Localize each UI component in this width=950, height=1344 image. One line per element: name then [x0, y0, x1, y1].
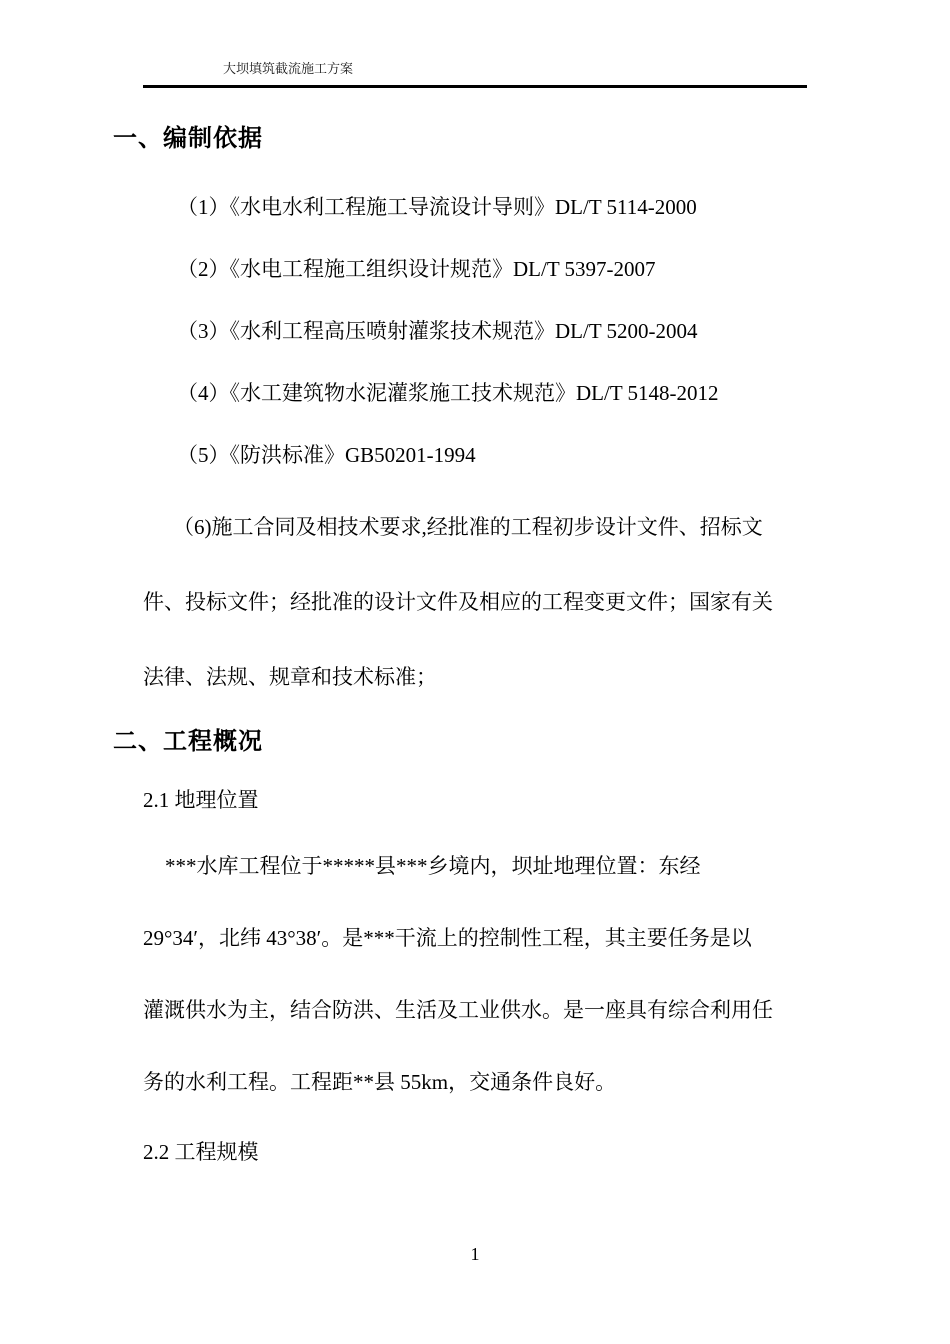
section-heading-1: 一、编制依据 [113, 124, 807, 154]
subsection-heading-2-1: 2.1 地理位置 [143, 787, 807, 813]
reference-item-3: （3）《水利工程高压喷射灌浆技术规范》DL/T 5200-2004 [143, 318, 807, 344]
clause6-line-2: 件、投标文件；经批准的设计文件及相应的工程变更文件；国家有关 [143, 589, 807, 615]
location-paragraph-line-2: 29°34′，北纬 43°38′。是***干流上的控制性工程，其主要任务是以 [143, 925, 807, 951]
page-footer: 1 [0, 1243, 950, 1265]
clause6-line-1: （6)施工合同及相技术要求,经批准的工程初步设计文件、招标文 [143, 514, 807, 540]
reference-item-5: （5）《防洪标准》GB50201-1994 [143, 442, 807, 468]
reference-item-2: （2）《水电工程施工组织设计规范》DL/T 5397-2007 [143, 256, 807, 282]
location-paragraph-line-4: 务的水利工程。工程距**县 55km，交通条件良好。 [143, 1069, 807, 1095]
subsection-heading-2-2: 2.2 工程规模 [143, 1139, 807, 1165]
page-number: 1 [471, 1244, 480, 1264]
reference-item-1: （1）《水电水利工程施工导流设计导则》DL/T 5114-2000 [143, 194, 807, 220]
document-page: 大坝填筑截流施工方案 一、编制依据 （1）《水电水利工程施工导流设计导则》DL/… [0, 0, 950, 1344]
page-header: 大坝填筑截流施工方案 [143, 60, 807, 88]
document-body: 一、编制依据 （1）《水电水利工程施工导流设计导则》DL/T 5114-2000… [143, 88, 807, 1165]
section-heading-2: 二、工程概况 [113, 727, 807, 757]
clause6-line-3: 法律、法规、规章和技术标准； [143, 664, 807, 690]
reference-item-4: （4）《水工建筑物水泥灌浆施工技术规范》DL/T 5148-2012 [143, 380, 807, 406]
location-paragraph-line-3: 灌溉供水为主，结合防洪、生活及工业供水。是一座具有综合利用任 [143, 997, 807, 1023]
header-title: 大坝填筑截流施工方案 [143, 60, 807, 78]
location-paragraph-line-1: ***水库工程位于*****县***乡境内，坝址地理位置：东经 [143, 853, 807, 879]
